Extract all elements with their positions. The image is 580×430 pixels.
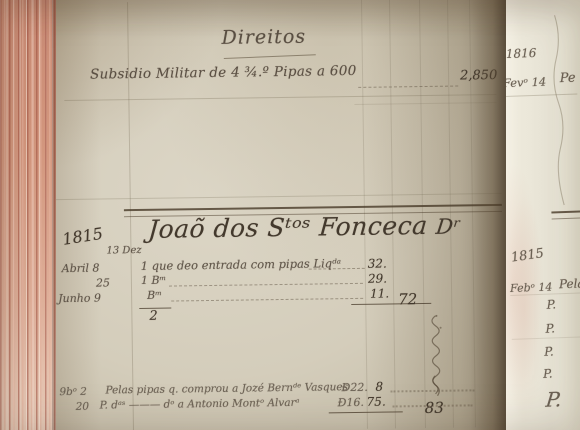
purchases-sum-line	[329, 411, 403, 413]
right-page: 1816 Fevᵒ 14 Pe 1815 Febᵒ 14 Pela P. P. …	[506, 0, 580, 430]
purchase-value: 8	[375, 380, 383, 394]
right-entry-initial: P.	[546, 297, 556, 311]
right-page-content: 1816 Fevᵒ 14 Pe 1815 Febᵒ 14 Pela P. P. …	[506, 0, 580, 430]
account-name: Joaõ dos Sᵗᵒˢ Fonceca	[147, 211, 429, 244]
subsidio-entry-text: Subsidio Militar de 4 ¾.º Pipas a 600	[90, 63, 357, 83]
entries-subtotal: 72	[398, 290, 417, 308]
right-entry-initial-flourish: P.	[545, 387, 563, 412]
right-lower-fragment: Pela	[559, 276, 580, 291]
right-upper-year: 1816	[506, 46, 537, 61]
entry-date: 25	[96, 276, 110, 289]
pipa-count-total: 2	[149, 309, 157, 324]
entries-sum-line	[351, 303, 431, 305]
purchase-rate: Ð22.	[341, 381, 368, 394]
double-rule	[551, 210, 580, 219]
ruled-line	[56, 193, 502, 200]
right-upper-fragment: Pe	[559, 71, 575, 87]
total-bracket-squiggle	[428, 375, 440, 397]
value-column-rule	[469, 0, 476, 427]
right-entry-initial: P.	[543, 367, 553, 381]
entry-value: 29.	[368, 272, 387, 286]
purchase-rate: Ð16.	[338, 396, 365, 409]
purchase-value: 75.	[367, 395, 386, 409]
leader-dashes	[171, 298, 363, 302]
book-fore-edge	[0, 0, 56, 430]
entry-description: 1 que deo entrada com pipas Liqᵈᵃ	[141, 256, 342, 273]
right-entry-initial: P.	[545, 321, 555, 335]
account-year: 1815	[61, 224, 104, 249]
left-page-content: Direitos Subsidio Militar de 4 ¾.º Pipas…	[56, 0, 506, 430]
title-underline	[224, 54, 316, 59]
purchase-description: Pelas pipas q. comprou a Jozé Bernᵈᵉ Vas…	[105, 381, 348, 396]
ruled-line	[512, 336, 580, 340]
entry-date: Junho 9	[58, 292, 101, 306]
manuscript-ledger-photo: Direitos Subsidio Militar de 4 ¾.º Pipas…	[0, 0, 580, 430]
right-upper-date: Fevᵒ 14	[506, 75, 546, 91]
section-title: Direitos	[221, 26, 306, 49]
purchase-description: P. dᵃˢ ——— dᵒ a Antonio Montᵒ Alvarᵃ	[100, 397, 300, 412]
right-lower-year: 1815	[510, 246, 545, 265]
entry-value: 32.	[368, 257, 387, 271]
purchases-total: 83	[425, 399, 444, 417]
right-entry-initial: P.	[544, 344, 554, 358]
left-page: Direitos Subsidio Militar de 4 ¾.º Pipas…	[56, 0, 506, 430]
leader-dashes	[169, 283, 363, 287]
purchase-date: 20	[76, 401, 90, 413]
ruled-line	[354, 102, 496, 105]
purchase-date: 9bᵒ 2	[59, 386, 87, 398]
entry-description: Bᵐ	[147, 289, 162, 302]
account-year-note: 13 Dez	[106, 245, 141, 256]
debit-mark: Dʳ	[435, 214, 462, 238]
leader-dashes	[358, 86, 458, 88]
entry-value: 11.	[370, 286, 389, 300]
entry-date: Abril 8	[62, 262, 100, 276]
subsidio-entry-value: 2,850	[460, 68, 497, 84]
entry-description: 1 Bᵐ	[141, 274, 167, 287]
page-crease-line	[545, 15, 572, 206]
